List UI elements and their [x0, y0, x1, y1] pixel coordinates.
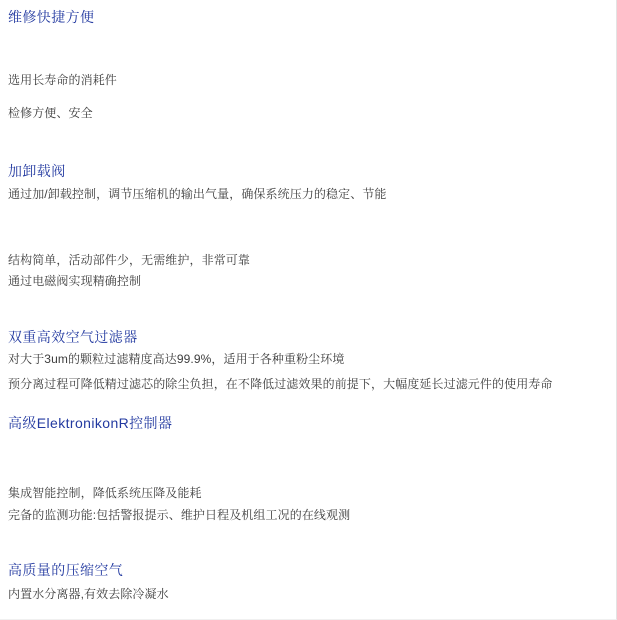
paragraph: 通过电磁阀实现精确控制: [8, 272, 606, 289]
paragraph: 检修方便、安全: [8, 104, 606, 121]
paragraph: 内置水分离器,有效去除冷凝水: [8, 585, 606, 602]
paragraph: 通过加/卸载控制，调节压缩机的输出气量，确保系统压力的稳定、节能: [8, 185, 606, 202]
paragraph: 对大于3um的颗粒过滤精度高达99.9%，适用于各种重粉尘环境: [8, 350, 606, 367]
section-heading-compressed-air-quality: 高质量的压缩空气: [8, 560, 606, 580]
paragraph: 选用长寿命的消耗件: [8, 71, 606, 88]
paragraph: 完备的监测功能:包括警报提示、维护日程及机组工况的在线观测: [8, 506, 606, 523]
product-description-page: 维修快捷方便 选用长寿命的消耗件 检修方便、安全 加卸载阀 通过加/卸载控制，调…: [0, 0, 617, 620]
paragraph: 预分离过程可降低精过滤芯的除尘负担，在不降低过滤效果的前提下，大幅度延长过滤元件…: [8, 375, 606, 392]
section-heading-load-unload-valve: 加卸载阀: [8, 161, 606, 181]
section-heading-controller: 高级ElektronikonR控制器: [8, 413, 606, 433]
paragraph: 集成智能控制，降低系统压降及能耗: [8, 484, 606, 501]
section-heading-maintenance: 维修快捷方便: [8, 7, 606, 27]
paragraph: 结构简单，活动部件少，无需维护，非常可靠: [8, 251, 606, 268]
section-heading-air-filter: 双重高效空气过滤器: [8, 327, 606, 347]
